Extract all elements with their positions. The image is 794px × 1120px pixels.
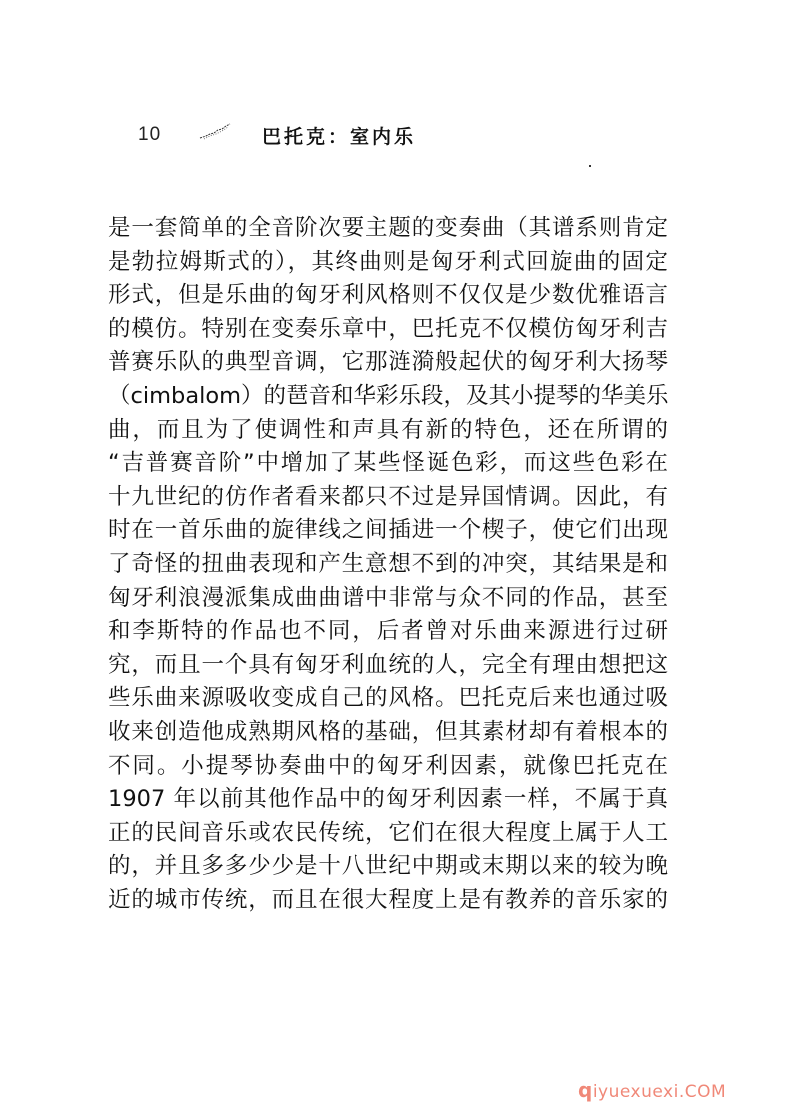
- text-line: 和李斯特的作品也不同，后者曾对乐曲来源进行过研: [108, 615, 668, 649]
- watermark-text: iyuexuexi.COM: [593, 1082, 726, 1102]
- text-line: 时在一首乐曲的旋律线之间插进一个楔子，使它们出现: [108, 514, 668, 548]
- text-line: 1907 年以前其他作品中的匈牙利因素一样，不属于真: [108, 783, 668, 817]
- text-line: 形式，但是乐曲的匈牙利风格则不仅仅是少数优雅语言: [108, 279, 668, 313]
- scan-speck: [589, 165, 591, 167]
- watermark-logo-letter: q: [578, 1078, 593, 1102]
- flourish-icon: [198, 122, 232, 142]
- text-line: 的模仿。特别在变奏乐章中，巴托克不仅模仿匈牙利吉: [108, 313, 668, 347]
- site-watermark: qiyuexuexi.COM: [578, 1078, 726, 1102]
- text-line: 究，而且一个具有匈牙利血统的人，完全有理由想把这: [108, 649, 668, 683]
- text-line: 不同。小提琴协奏曲中的匈牙利因素，就像巴托克在: [108, 750, 668, 784]
- running-title: 巴托克：室内乐: [262, 122, 416, 149]
- text-line: 普赛乐队的典型音调，它那涟漪般起伏的匈牙利大扬琴: [108, 346, 668, 380]
- text-line: （cimbalom）的琶音和华彩乐段，及其小提琴的华美乐: [108, 380, 668, 414]
- page-header: 10 巴托克：室内乐: [0, 120, 794, 160]
- body-text: 是一套简单的全音阶次要主题的变奏曲（其谱系则肯定 是勃拉姆斯式的），其终曲则是匈…: [108, 212, 668, 917]
- text-line: 十九世纪的仿作者看来都只不过是异国情调。因此，有: [108, 481, 668, 515]
- text-line: 近的城市传统，而且在很大程度上是有教养的音乐家的: [108, 884, 668, 918]
- text-line: 了奇怪的扭曲表现和产生意想不到的冲突，其结果是和: [108, 548, 668, 582]
- text-line: 的，并且多多少少是十八世纪中期或末期以来的较为晚: [108, 850, 668, 884]
- text-line: 些乐曲来源吸收变成自己的风格。巴托克后来也通过吸: [108, 682, 668, 716]
- text-line: 匈牙利浪漫派集成曲曲谱中非常与众不同的作品，甚至: [108, 582, 668, 616]
- text-line: “吉普赛音阶”中增加了某些怪诞色彩，而这些色彩在: [108, 447, 668, 481]
- text-line: 是勃拉姆斯式的），其终曲则是匈牙利式回旋曲的固定: [108, 246, 668, 280]
- text-line: 是一套简单的全音阶次要主题的变奏曲（其谱系则肯定: [108, 212, 668, 246]
- text-line: 曲，而且为了使调性和声具有新的特色，还在所谓的: [108, 414, 668, 448]
- page-number: 10: [138, 124, 161, 146]
- text-line: 收来创造他成熟期风格的基础，但其素材却有着根本的: [108, 716, 668, 750]
- text-line: 正的民间音乐或农民传统，它们在很大程度上属于人工: [108, 817, 668, 851]
